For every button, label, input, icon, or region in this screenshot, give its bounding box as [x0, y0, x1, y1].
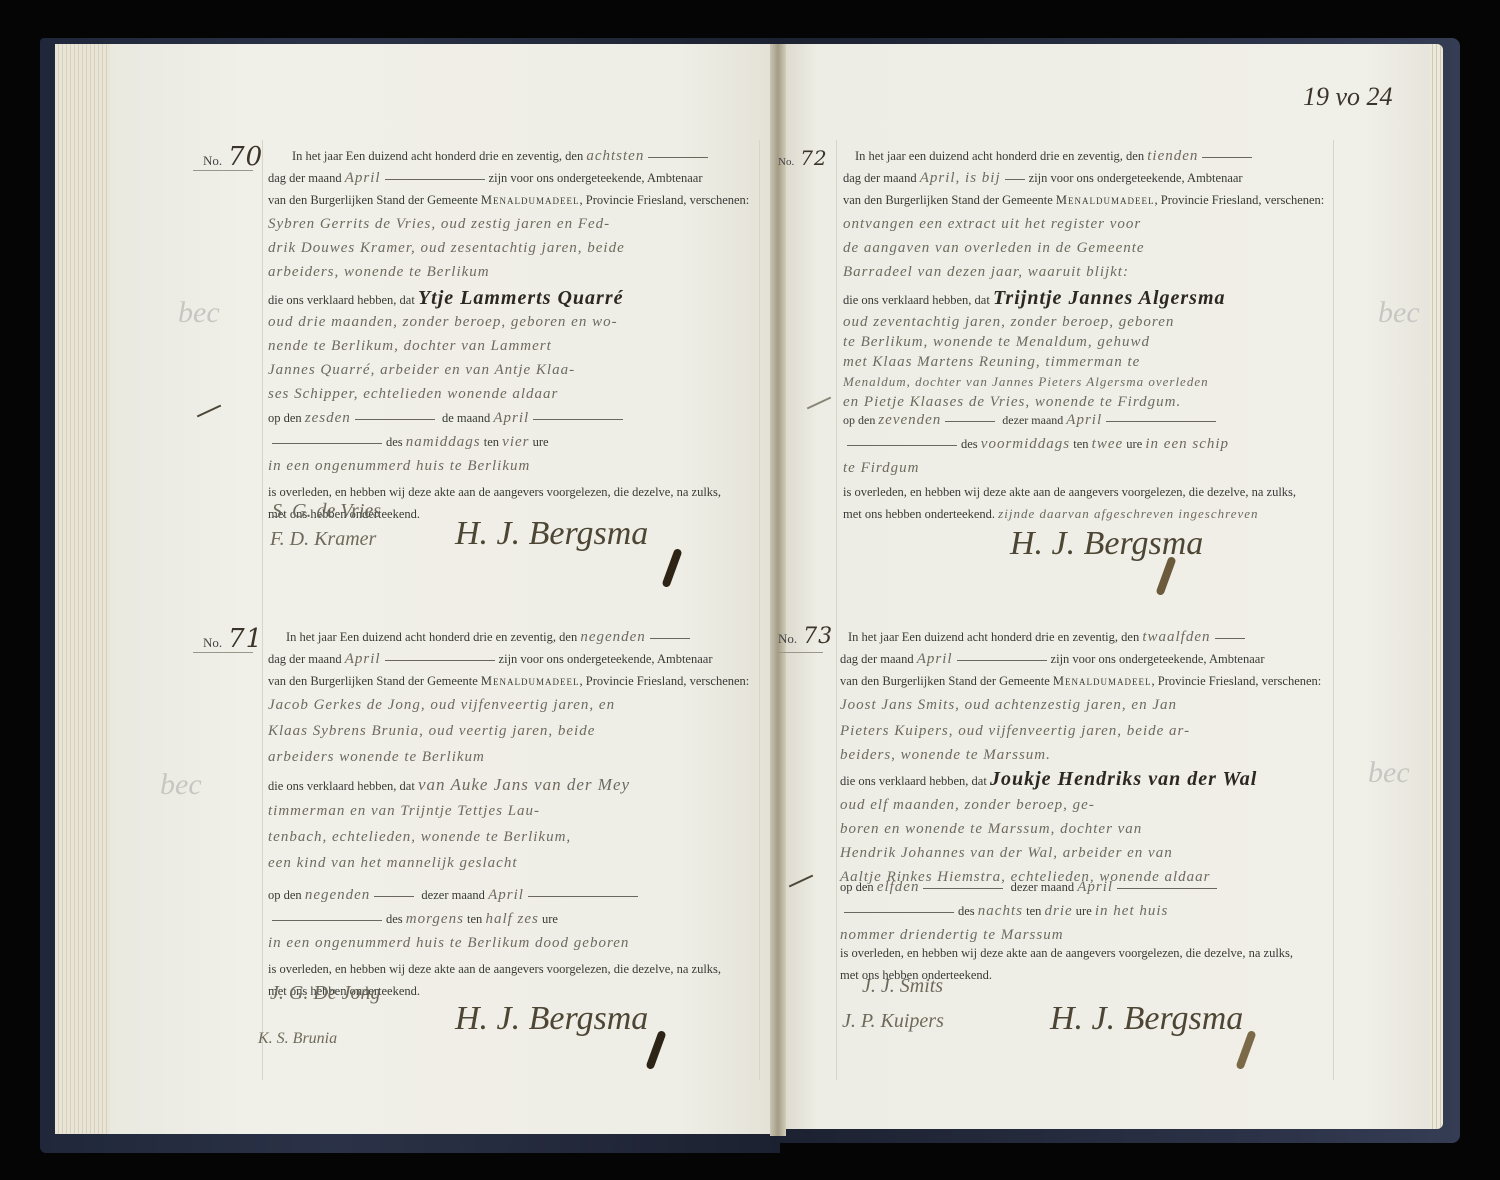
witness-signature: J. P. Kuipers — [842, 1010, 944, 1033]
day-field: achtsten — [586, 148, 644, 164]
appeared-line: Sybren Gerrits de Vries, oud zestig jare… — [268, 213, 610, 235]
official-signature: H. J. Bergsma — [455, 515, 648, 553]
record-number: No.71 — [203, 624, 263, 654]
witness-signature: J. J. Smits — [862, 975, 943, 998]
margin-note: bec — [1368, 756, 1410, 790]
margin-note: bec — [160, 768, 202, 802]
deceased-name: Ytje Lammerts Quarré — [418, 287, 624, 309]
page-stack-left — [55, 44, 115, 1134]
month-field: April — [345, 170, 381, 186]
witness-signature: K. S. Brunia — [258, 1030, 337, 1048]
official-signature: H. J. Bergsma — [1050, 1000, 1243, 1038]
record-number: No.70 — [203, 142, 263, 172]
witness-signature: J. G. De Jong — [270, 982, 381, 1005]
margin-note: bec — [1378, 296, 1420, 330]
official-signature: H. J. Bergsma — [455, 1000, 648, 1038]
divider — [193, 170, 253, 171]
book-gutter — [770, 44, 786, 1136]
record-number: No.73 — [778, 624, 833, 649]
folio-number: 19 vo 24 — [1303, 82, 1393, 112]
record-number: No.72 — [778, 146, 828, 170]
margin-note: bec — [178, 296, 220, 330]
divider — [193, 652, 253, 653]
appeared-line: drik Douwes Kramer, oud zesentachtig jar… — [268, 237, 625, 259]
appeared-line: arbeiders, wonende te Berlikum — [268, 261, 490, 283]
witness-signature: F. D. Kramer — [270, 528, 376, 551]
divider — [778, 652, 823, 653]
witness-signature: S. G. de Vries — [272, 500, 381, 523]
